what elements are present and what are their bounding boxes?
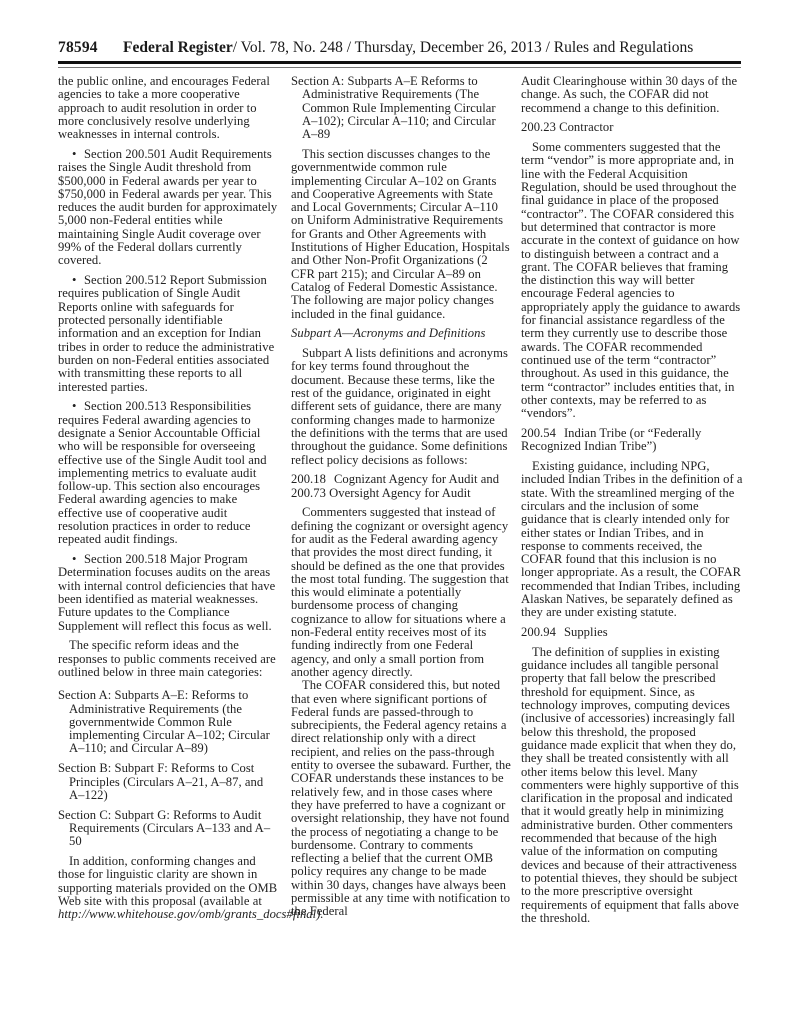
bullet-text: Section 200.518 Major Program Determinat…: [58, 552, 275, 632]
paragraph: Existing guidance, including NPG, includ…: [521, 460, 743, 620]
section-number: 200.18: [291, 473, 326, 486]
publication-name: Federal Register: [123, 39, 233, 56]
paragraph: Audit Clearinghouse within 30 days of th…: [521, 75, 743, 115]
category-section-b: Section B: Subpart F: Reforms to Cost Pr…: [58, 762, 280, 802]
page-header: 78594Federal Register/ Vol. 78, No. 248 …: [58, 38, 741, 58]
bullet-icon: •: [72, 553, 84, 566]
definition-heading-200-94: 200.94Supplies: [521, 626, 743, 639]
bullet-icon: •: [72, 274, 84, 287]
paragraph: The definition of supplies in existing g…: [521, 646, 743, 925]
bullet-item-200-513: •Section 200.513 Responsibilities requir…: [58, 400, 280, 546]
bullet-item-200-501: •Section 200.501 Audit Requirements rais…: [58, 148, 280, 268]
bullet-text: Section 200.512 Report Submission requir…: [58, 273, 274, 393]
bullet-icon: •: [72, 400, 84, 413]
header-rule-thick: [58, 61, 741, 64]
column-1: the public online, and encourages Federa…: [58, 75, 280, 928]
paragraph: The COFAR considered this, but noted tha…: [291, 679, 513, 918]
paragraph: In addition, conforming changes and thos…: [58, 855, 280, 921]
paragraph: the public online, and encourages Federa…: [58, 75, 280, 141]
bullet-item-200-512: •Section 200.512 Report Submission requi…: [58, 274, 280, 394]
section-number: 200.94: [521, 626, 556, 639]
bullet-text: Section 200.513 Responsibilities require…: [58, 399, 267, 546]
paragraph-text: In addition, conforming changes and thos…: [58, 854, 277, 908]
column-2: Section A: Subparts A–E Reforms to Admin…: [291, 75, 513, 925]
bullet-icon: •: [72, 148, 84, 161]
issue-details: / Vol. 78, No. 248 / Thursday, December …: [233, 39, 694, 56]
section-number: 200.54: [521, 427, 556, 440]
paragraph: The specific reform ideas and the respon…: [58, 639, 280, 679]
header-rule-thin: [58, 67, 741, 68]
paragraph: This section discusses changes to the go…: [291, 148, 513, 321]
category-section-a: Section A: Subparts A–E: Reforms to Admi…: [58, 689, 280, 755]
definition-heading-200-18: 200.18Cognizant Agency for Audit and 200…: [291, 473, 513, 500]
paragraph: Commenters suggested that instead of def…: [291, 506, 513, 679]
omb-link[interactable]: http://www.whitehouse.gov/omb/grants_doc…: [58, 907, 324, 921]
paragraph: Subpart A lists definitions and acronyms…: [291, 347, 513, 467]
paragraph: Some commenters suggested that the term …: [521, 141, 743, 420]
bullet-item-200-518: •Section 200.518 Major Program Determina…: [58, 553, 280, 633]
definition-heading-200-54: 200.54Indian Tribe (or “Federally Recogn…: [521, 427, 743, 454]
definition-heading-200-23: 200.23 Contractor: [521, 121, 743, 134]
subpart-heading: Subpart A—Acronyms and Definitions: [291, 327, 513, 340]
category-section-c: Section C: Subpart G: Reforms to Audit R…: [58, 809, 280, 849]
page-number: 78594: [58, 38, 123, 58]
bullet-text: Section 200.501 Audit Requirements raise…: [58, 147, 277, 267]
column-3: Audit Clearinghouse within 30 days of th…: [521, 75, 743, 932]
section-title: Supplies: [564, 625, 608, 639]
section-a-heading: Section A: Subparts A–E Reforms to Admin…: [291, 75, 513, 141]
